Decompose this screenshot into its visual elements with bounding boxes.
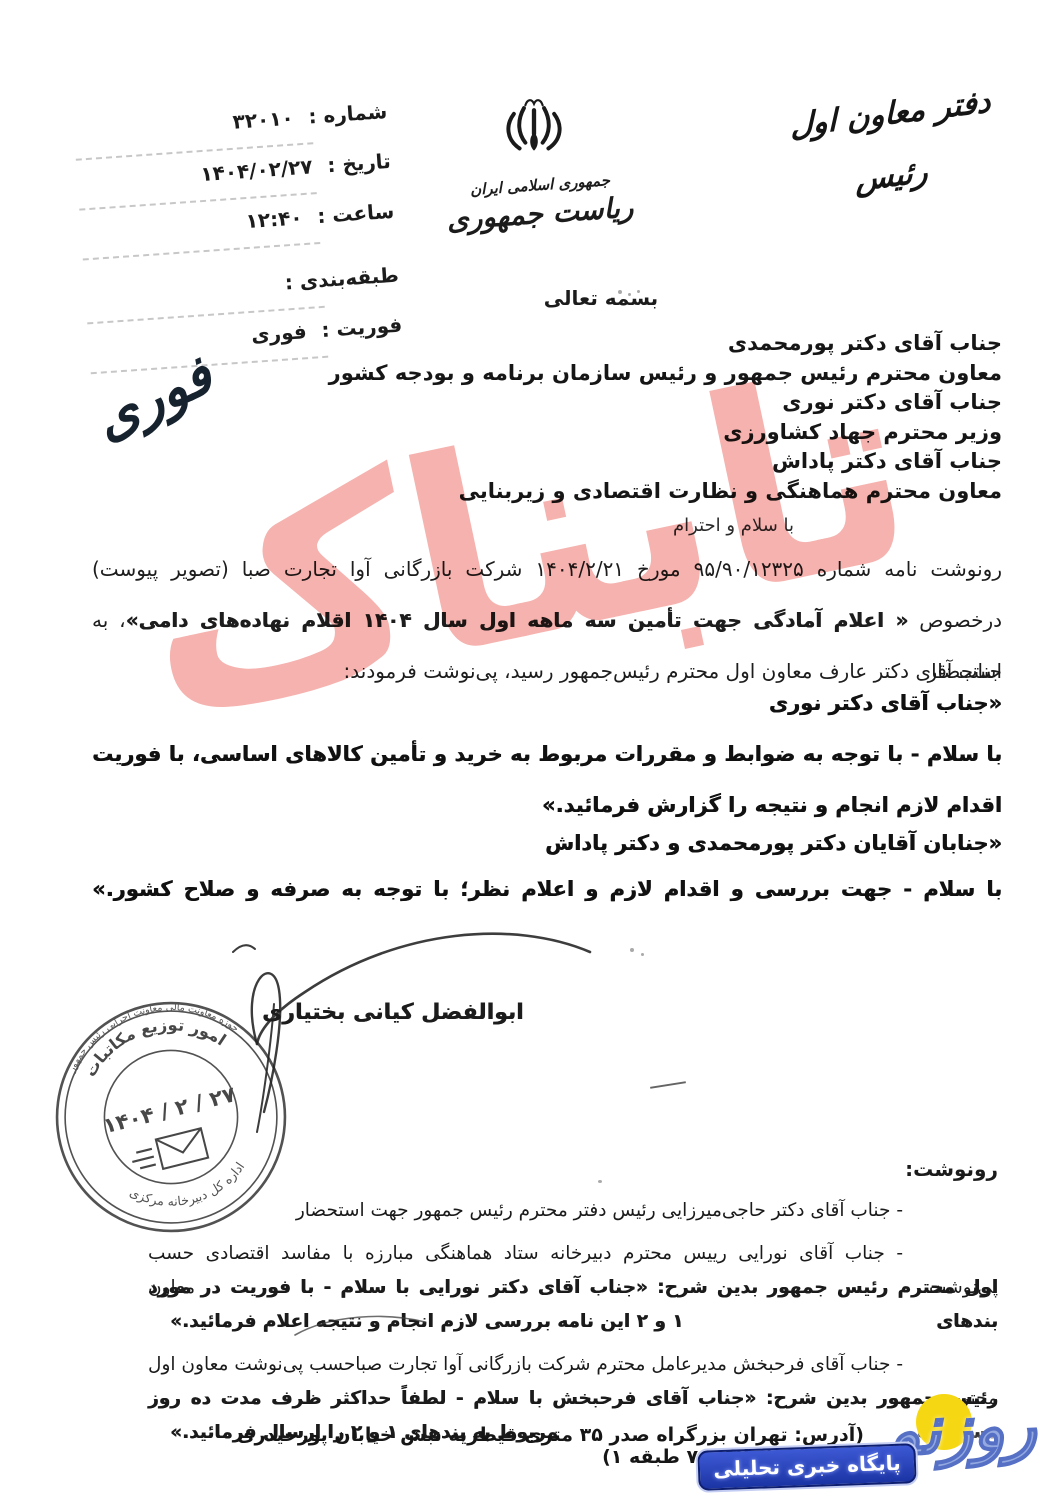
scan-speck xyxy=(598,1180,602,1183)
body-line2-subject: « اعلام آمادگی جهت تأمین سه ماهه اول سال… xyxy=(126,608,909,632)
field-number-value: ۳۲۰۱۰ xyxy=(232,106,295,134)
field-classification-label: طبقه‌بندی : xyxy=(284,263,399,295)
scan-speck xyxy=(637,290,640,293)
directive-quote-1: «جناب آقای دکتر نوری با سلام - با توجه ب… xyxy=(92,678,1002,831)
body-paragraph: رونوشت نامه شماره ۹۵/۹۰/۱۲۳۲۵ مورخ ۱۴۰۴/… xyxy=(92,544,1002,697)
dotted-rule xyxy=(91,356,329,375)
recipient-line: معاون محترم رئیس جمهور و رئیس سازمان برن… xyxy=(329,359,1002,389)
field-date-label: تاریخ : xyxy=(327,149,392,177)
scan-speck xyxy=(630,948,634,952)
scan-speck xyxy=(618,290,622,294)
signatory-name: ابوالفضل کیانی بختیاری xyxy=(262,1000,524,1025)
body-line-2: درخصوص « اعلام آمادگی جهت تأمین سه ماهه … xyxy=(92,595,1002,646)
ink-swash xyxy=(290,1310,430,1344)
office-note-line2: رئیس xyxy=(767,143,1016,210)
field-time-value: ۱۲:۴۰ xyxy=(245,205,303,233)
cc-item-2-line3: ۱ و ۲ این نامه بررسی لازم انجام و نتیجه … xyxy=(148,1305,998,1339)
cc-item-2-line1: - جناب آقای نورایی رییس محترم دبیرخانه س… xyxy=(148,1237,998,1271)
recipients-block: جناب آقای دکتر پورمحمدی معاون محترم رئیس… xyxy=(329,329,1002,507)
recipient-line: جناب آقای دکتر پاداش xyxy=(329,447,1002,477)
ink-dash-mark xyxy=(650,1081,686,1089)
recipient-line: جناب آقای دکتر پورمحمدی xyxy=(329,329,1002,359)
basmala: بسمه تعالی xyxy=(486,286,716,310)
body-line2-pre: درخصوص xyxy=(908,608,1002,632)
field-number-label: شماره : xyxy=(308,99,388,128)
quote2-line1: «جنابان آقایان دکتر پورمحمدی و دکتر پادا… xyxy=(92,820,1002,866)
news-site-banner: پایگاه خبری تحلیلی xyxy=(697,1443,916,1491)
quote1-line2: با سلام - با توجه به ضوابط و مقررات مربو… xyxy=(92,729,1002,780)
body-line-1: رونوشت نامه شماره ۹۵/۹۰/۱۲۳۲۵ مورخ ۱۴۰۴/… xyxy=(92,544,1002,595)
cc-item-3-line2: رئیس جمهور بدین شرح: «جناب آقای فرحبخش ب… xyxy=(148,1382,998,1416)
scan-speck xyxy=(641,953,644,956)
recipient-line: معاون محترم هماهنگی و نظارت اقتصادی و زی… xyxy=(329,477,1002,507)
cc-item-2-line2: اول محترم رئیس جمهور بدین شرح: «جناب آقا… xyxy=(148,1271,998,1305)
iran-coat-of-arms-icon xyxy=(498,88,570,174)
recipient-line: وزیر محترم جهاد کشاورزی xyxy=(329,418,1002,448)
salutation: با سلام و احترام xyxy=(673,515,794,536)
directive-quote-2: «جنابان آقایان دکتر پورمحمدی و دکتر پادا… xyxy=(92,820,1002,912)
office-note-line1: دفتر معاون اول xyxy=(766,81,1015,148)
office-note: دفتر معاون اول رئیس xyxy=(766,81,1016,210)
scanned-letter-page: { "watermarks": { "tabnak": "تابناک", "u… xyxy=(0,0,1042,1500)
quote1-line1: «جناب آقای دکتر نوری xyxy=(92,678,1002,729)
field-date-value: ۱۴۰۴/۰۲/۲۷ xyxy=(200,154,314,186)
signature-strokes xyxy=(175,912,605,1146)
field-classification-value xyxy=(276,271,278,295)
field-priority-value: فوری xyxy=(250,319,307,347)
scan-speck xyxy=(628,293,631,296)
quote2-line2: با سلام - جهت بررسی و اقدام لازم و اعلام… xyxy=(92,866,1002,912)
dotted-rule xyxy=(83,242,321,261)
recipient-line: جناب آقای دکتر نوری xyxy=(329,388,1002,418)
field-time-label: ساعت : xyxy=(317,199,395,228)
cc-item-3-line1: - جناب آقای فرحبخش مدیرعامل محترم شرکت ب… xyxy=(148,1348,998,1382)
